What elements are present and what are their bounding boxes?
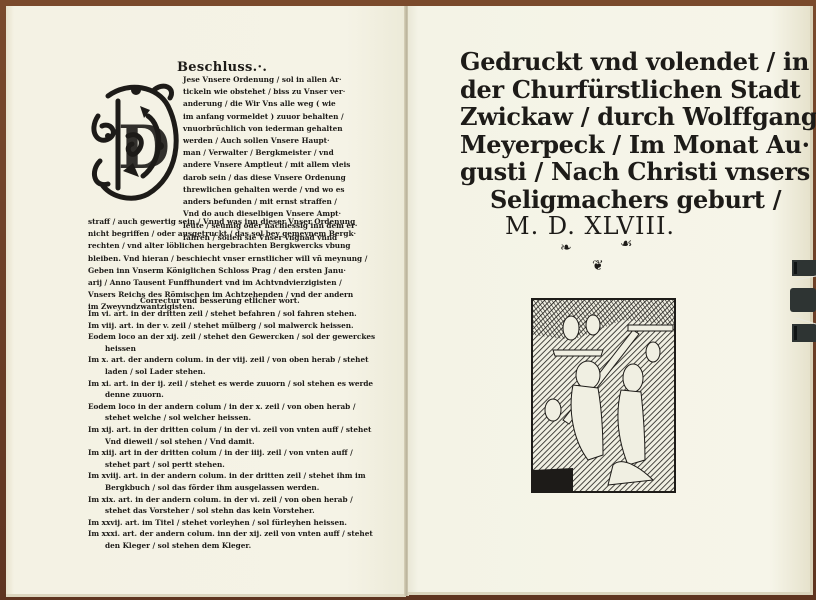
text-line: vnuorbrüchlich von iederman gehalten (183, 123, 350, 135)
colophon-line: gusti / Nach Christi vnsers (460, 158, 760, 186)
woodcut-miners-illustration-icon (531, 298, 676, 493)
colophon-year: M. D. XLVIII. (505, 212, 675, 240)
colophon-text: Gedruckt vnd volendet / in der Churfürst… (460, 48, 760, 213)
text-line: rechten / vnd alter löblichen hergebrach… (88, 240, 367, 252)
text-line: tickeln wie obstehet / biss zu Vnser ver… (183, 86, 350, 98)
text-line: andere Vnsere Amptleut / mit allem vleis (183, 159, 350, 171)
correction-entry: Eodem loco an der xij. zeil / stehet den… (88, 331, 375, 354)
text-line: im anfang vormeldet ) zuuor behalten / (183, 111, 350, 123)
text-line: arij / Anno Tausent Funffhundert vnd im … (88, 277, 367, 289)
correction-entry: Im xxvij. art. im Titel / stehet vorleyh… (88, 517, 375, 529)
correction-entry: Im xix. art. in der andern colum. in der… (88, 494, 375, 517)
binder-clip-icon (790, 258, 816, 344)
text-line: man / Verwalter / Bergkmeister / vnd (183, 147, 350, 159)
text-line: straff / auch gewertig sein / Vnnd was i… (88, 216, 367, 228)
colophon-line: der Churfürstlichen Stadt (460, 76, 760, 104)
svg-text:D: D (118, 113, 170, 183)
correction-entry: Im vi. art. in der dritten zeil / stehet… (88, 308, 375, 320)
ornamental-initial-icon: D (88, 76, 184, 206)
correction-entry: Eodem loco in der andern colum / in der … (88, 401, 375, 424)
colophon-line: Seligmachers geburt / (460, 186, 760, 214)
colophon-line: Gedruckt vnd volendet / in (460, 48, 760, 76)
text-line: anderung / die Wir Vns alle weg ( wie (183, 98, 350, 110)
correction-entry: Im xviij. art. in der andern colum. in d… (88, 470, 375, 493)
text-line: bleiben. Vnd hieran / beschiecht vnser e… (88, 253, 367, 265)
correction-entry: Im xij. art. in der dritten colum / in d… (88, 424, 375, 447)
fleuron-bottom-icon: ❦ (592, 258, 604, 274)
text-line: nicht begriffen / oder ausgetruckt / das… (88, 228, 367, 240)
section-heading: Beschluss.·. (177, 60, 267, 75)
fleuron-left-icon: ❧ (560, 240, 572, 256)
correction-entry: Im xxxi. art. der andern colum. inn der … (88, 528, 375, 551)
correction-entry: Im xi. art. in der ij. zeil / stehet es … (88, 378, 375, 401)
fleuron-right-icon: ☙ (620, 236, 633, 252)
correction-entry: Im viij. art. in der v. zeil / stehet mü… (88, 320, 375, 332)
text-line: werden / Auch sollen Vnsere Haupt· (183, 135, 350, 147)
corrections-list: Im vi. art. in der dritten zeil / stehet… (88, 308, 375, 551)
colophon-line: Meyerpeck / Im Monat Au· (460, 131, 760, 159)
colophon-line: Zwickaw / durch Wolffgang (460, 103, 760, 131)
correction-entry: Im xiij. art in der dritten colum / in d… (88, 447, 375, 470)
book-spread: Beschluss.·. D Jese Vnsere Ordenu (0, 0, 816, 600)
corrections-title: Correctur vnd besserung etlicher wort. (140, 296, 300, 305)
correction-entry: Im x. art. der andern colum. in der viij… (88, 354, 375, 377)
text-line: Jese Vnsere Ordenung / sol in allen Ar· (183, 74, 350, 86)
text-line: Geben inn Vnserm Königlichen Schloss Pra… (88, 265, 367, 277)
